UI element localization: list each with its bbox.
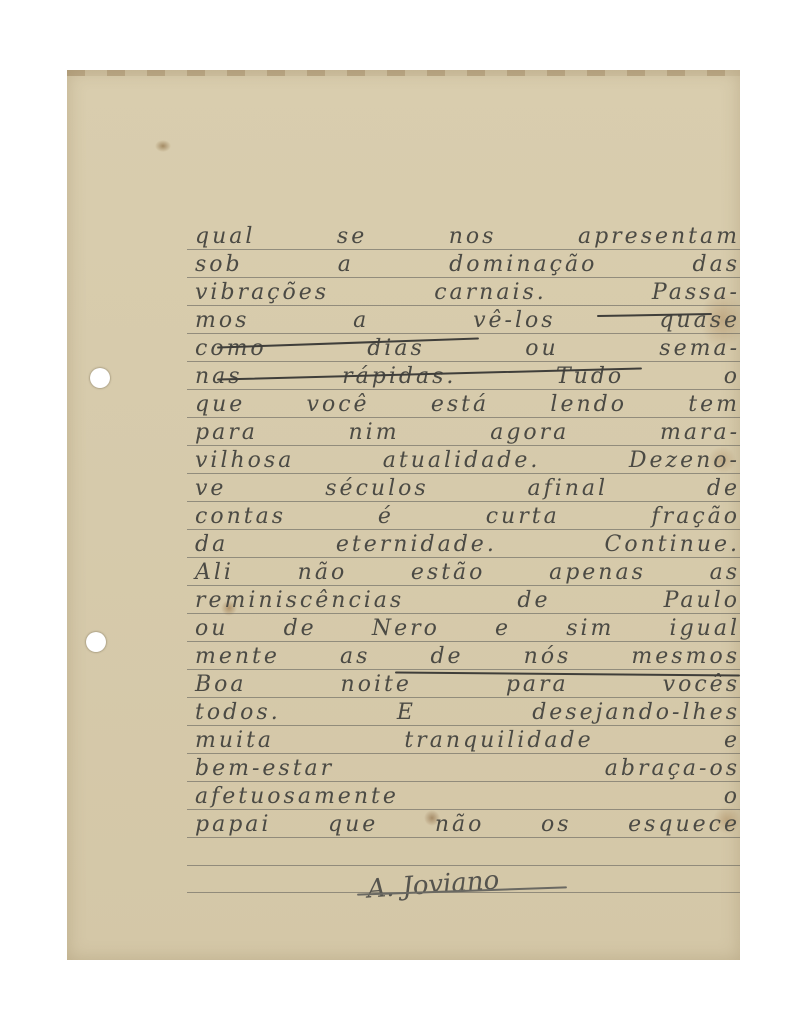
- text-line: Ali não estão apenas as: [195, 560, 740, 586]
- ruled-line: [187, 865, 740, 866]
- text-line: como dias ou sema-: [195, 336, 740, 362]
- text-line: qual se nos apresentam: [195, 224, 740, 250]
- text-line: reminiscências de Paulo: [195, 588, 740, 614]
- text-line: para nim agora mara-: [195, 420, 740, 446]
- text-line: da eternidade. Continue.: [195, 532, 740, 558]
- text-line: ou de Nero e sim igual: [195, 616, 740, 642]
- punch-hole-bottom: [86, 632, 106, 652]
- text-line: vibrações carnais. Passa-: [195, 280, 740, 306]
- text-line: que você está lendo tem: [195, 392, 740, 418]
- text-line: todos. E desejando-lhes: [195, 700, 740, 726]
- text-line: bem-estar abraça-os: [195, 756, 740, 782]
- text-line: muita tranquilidade e: [195, 728, 740, 754]
- text-line: papai que não os esquece: [195, 812, 740, 838]
- text-line: mos a vê-los quase: [195, 308, 740, 334]
- text-line: ve séculos afinal de: [195, 476, 740, 502]
- text-line: Boa noite para vocês: [195, 672, 740, 698]
- paper-top-edge: [67, 70, 740, 76]
- text-line: mente as de nós mesmos: [195, 644, 740, 670]
- text-line: sob a dominação das: [195, 252, 740, 278]
- letter-page: qual se nos apresentam sob a dominação d…: [67, 70, 740, 960]
- punch-hole-top: [90, 368, 110, 388]
- text-line: vilhosa atualidade. Dezeno-: [195, 448, 740, 474]
- signature: A. Joviano: [366, 865, 500, 904]
- text-line: contas é curta fração: [195, 504, 740, 530]
- text-line: afetuosamente o: [195, 784, 740, 810]
